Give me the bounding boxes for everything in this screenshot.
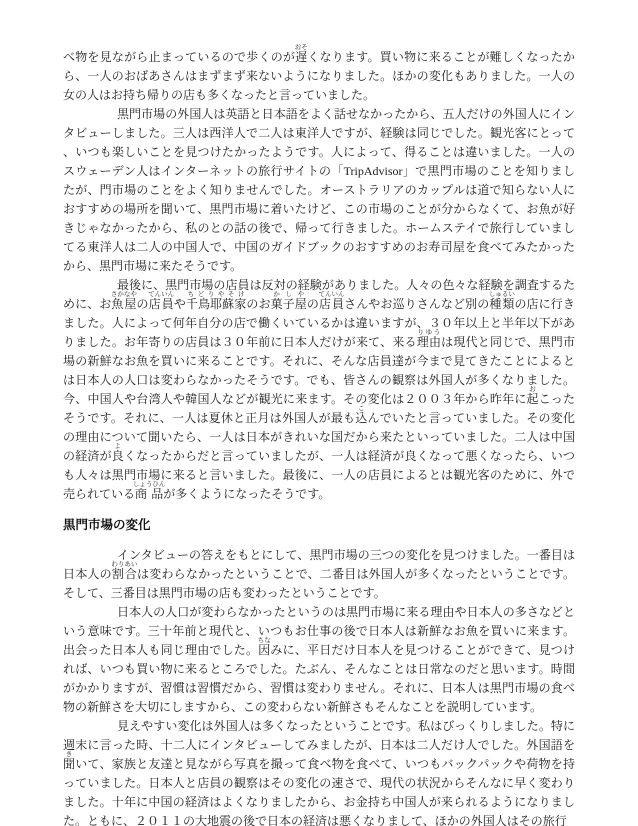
furigana-text: ちどりやそけ bbox=[186, 291, 246, 298]
ruby-annotated-word: 店員てんいん bbox=[149, 297, 174, 311]
furigana-text: りゆう bbox=[417, 329, 441, 336]
ruby-annotated-word: 起お bbox=[527, 392, 539, 406]
furigana-text: おそ bbox=[295, 44, 308, 51]
section-heading: 黒門市場の変化 bbox=[63, 517, 575, 533]
ruby-annotated-word: 良よ bbox=[112, 449, 124, 463]
changes-section-paragraph-2: 日本人の人口が変わらなかったというのは黒門市場に来る理由や日本人の多さなどという… bbox=[63, 603, 575, 717]
furigana-text: しょうひん bbox=[133, 481, 166, 488]
furigana-text: よ bbox=[112, 443, 124, 450]
ruby-annotated-word: 菓子屋かしや bbox=[271, 297, 307, 311]
furigana-text: さかなや bbox=[111, 291, 137, 298]
changes-section-paragraph-1: インタビューの答えをもとにして、黒門市場の三つの変化を見つけました。一番目は日本… bbox=[63, 546, 575, 603]
furigana-text: わりあい bbox=[111, 561, 137, 568]
ruby-annotated-word: 割合わりあい bbox=[112, 567, 137, 581]
furigana-text: き bbox=[63, 751, 75, 758]
ruby-annotated-word: 魚屋さかなや bbox=[111, 297, 136, 311]
furigana-text: こ bbox=[355, 405, 367, 412]
changes-section: インタビューの答えをもとにして、黒門市場の三つの変化を見つけました。一番目は日本… bbox=[63, 546, 575, 826]
furigana-text: てんいん bbox=[148, 291, 174, 298]
furigana-text: お bbox=[527, 386, 539, 393]
document-page: べ物を見ながら止まっているので歩くのが遅おそくなります。買い物に来ることが難しく… bbox=[0, 0, 638, 826]
intro-section-paragraph-1: べ物を見ながら止まっているので歩くのが遅おそくなります。買い物に来ることが難しく… bbox=[63, 44, 575, 105]
changes-section-paragraph-3: 見えやすい変化は外国人は多くなったということです。私はびっくりしました。特に週末… bbox=[63, 717, 575, 826]
furigana-text: しゅるい bbox=[489, 291, 515, 298]
ruby-annotated-word: 店員てんいん bbox=[319, 297, 344, 311]
ruby-annotated-word: 千鳥耶蘇家ちどりやそけ bbox=[186, 297, 247, 311]
furigana-text: てんいん bbox=[319, 291, 345, 298]
intro-section-paragraph-3: 最後に、黒門市場の店員は反対の経験がありました。人々の色々な経験を調査するために… bbox=[63, 276, 575, 504]
ruby-annotated-word: 聞き bbox=[63, 757, 75, 771]
ruby-annotated-word: 種類しゅるい bbox=[489, 297, 514, 311]
furigana-text: ちな bbox=[258, 637, 271, 644]
ruby-annotated-word: 遅おそ bbox=[295, 50, 307, 64]
ruby-annotated-word: 込こ bbox=[355, 411, 367, 425]
ruby-annotated-word: 理由りゆう bbox=[417, 335, 441, 349]
intro-section: べ物を見ながら止まっているので歩くのが遅おそくなります。買い物に来ることが難しく… bbox=[63, 44, 575, 504]
ruby-annotated-word: 商品しょうひん bbox=[135, 487, 163, 501]
furigana-text: かしや bbox=[271, 291, 307, 298]
ruby-annotated-word: 因ちな bbox=[258, 643, 270, 657]
intro-section-paragraph-2: 黒門市場の外国人は英語と日本語をよく話せなかったから、五人だけの外国人にインタビ… bbox=[63, 105, 575, 276]
